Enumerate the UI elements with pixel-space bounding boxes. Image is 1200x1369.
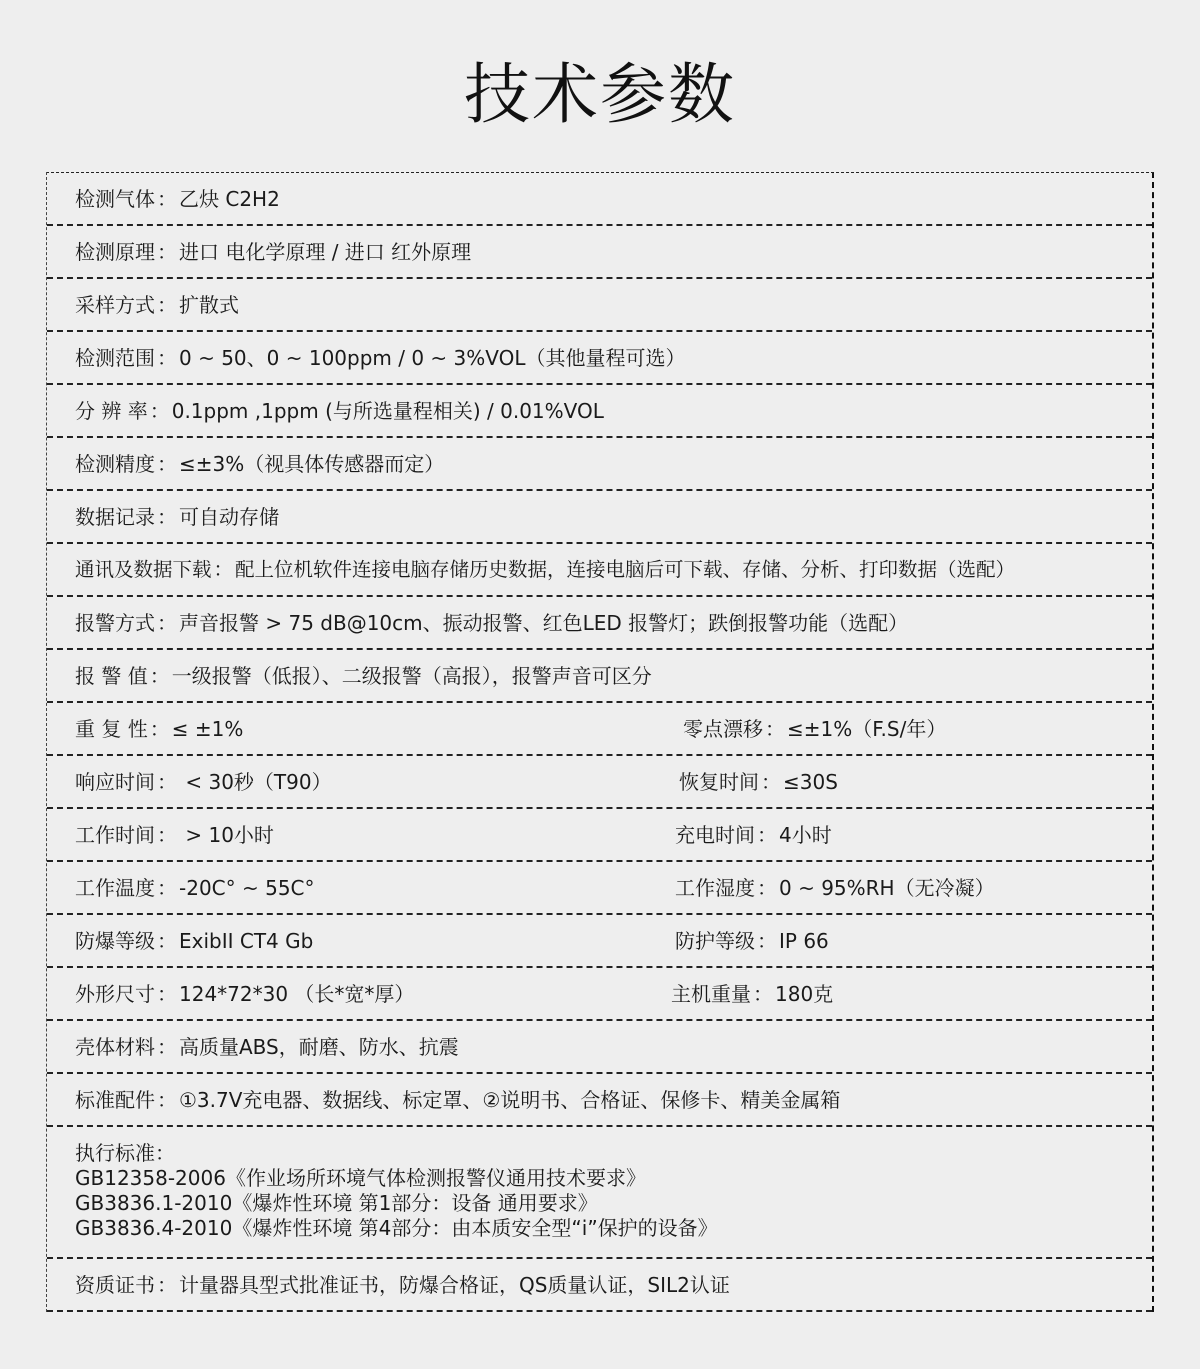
spec-cell: 检测气体：乙炔 C2H2 [75, 187, 280, 211]
standards-block: 执行标准： GB12358-2006《作业场所环境气体检测报警仪通用技术要求》 … [75, 1141, 718, 1241]
spec-cell-right: 主机重量：180克 [671, 982, 833, 1006]
standard-item: GB12358-2006《作业场所环境气体检测报警仪通用技术要求》 [75, 1166, 718, 1191]
spec-cell: 重 复 性：≤ ±1% [75, 717, 243, 741]
spec-cell-right: 防护等级：IP 66 [675, 929, 829, 953]
spec-cell: 数据记录：可自动存储 [75, 505, 279, 529]
standard-item: GB3836.4-2010《爆炸性环境 第4部分：由本质安全型“i”保护的设备》 [75, 1216, 718, 1241]
spec-row-certificates: 资质证书：计量器具型式批准证书，防爆合格证，QS质量认证，SIL2认证 [47, 1259, 1152, 1312]
spec-cell: 工作时间： > 10小时 [75, 823, 274, 847]
spec-cell: 响应时间： < 30秒（T90） [75, 770, 332, 794]
page-title: 技术参数 [0, 52, 1200, 138]
spec-cell: 壳体材料：高质量ABS，耐磨、防水、抗震 [75, 1035, 459, 1059]
spec-row-gas: 检测气体：乙炔 C2H2 [47, 173, 1152, 226]
spec-cell: 防爆等级：ExibII CT4 Gb [75, 929, 313, 953]
spec-cell: 工作温度：-20C° ~ 55C° [75, 876, 315, 900]
spec-row-accuracy: 检测精度：≤±3%（视具体传感器而定） [47, 438, 1152, 491]
spec-row-communication: 通讯及数据下载：配上位机软件连接电脑存储历史数据，连接电脑后可下载、存储、分析、… [47, 544, 1152, 597]
spec-row-repeatability: 重 复 性：≤ ±1% 零点漂移：≤±1%（F.S/年） [47, 703, 1152, 756]
spec-row-housing: 壳体材料：高质量ABS，耐磨、防水、抗震 [47, 1021, 1152, 1074]
spec-row-dimensions: 外形尺寸：124*72*30 （长*宽*厚） 主机重量：180克 [47, 968, 1152, 1021]
spec-cell: 采样方式：扩散式 [75, 293, 239, 317]
spec-cell-right: 恢复时间：≤30S [679, 770, 838, 794]
spec-row-response-time: 响应时间： < 30秒（T90） 恢复时间：≤30S [47, 756, 1152, 809]
spec-table: 检测气体：乙炔 C2H2 检测原理：进口 电化学原理 / 进口 红外原理 采样方… [46, 172, 1154, 1312]
spec-cell: 报警方式：声音报警 > 75 dB@10cm、振动报警、红色LED 报警灯；跌倒… [75, 611, 908, 635]
spec-row-temperature: 工作温度：-20C° ~ 55C° 工作湿度：0 ~ 95%RH（无冷凝） [47, 862, 1152, 915]
spec-cell: 报 警 值：一级报警（低报）、二级报警（高报），报警声音可区分 [75, 664, 652, 688]
spec-row-alarm-mode: 报警方式：声音报警 > 75 dB@10cm、振动报警、红色LED 报警灯；跌倒… [47, 597, 1152, 650]
spec-cell: 检测范围：0 ~ 50、0 ~ 100ppm / 0 ~ 3%VOL（其他量程可… [75, 346, 685, 370]
spec-cell-right: 零点漂移：≤±1%（F.S/年） [683, 717, 946, 741]
standard-item: GB3836.1-2010《爆炸性环境 第1部分：设备 通用要求》 [75, 1191, 718, 1216]
spec-row-principle: 检测原理：进口 电化学原理 / 进口 红外原理 [47, 226, 1152, 279]
spec-cell-right: 充电时间：4小时 [675, 823, 832, 847]
spec-cell: 分 辨 率：0.1ppm ,1ppm (与所选量程相关) / 0.01%VOL [75, 399, 604, 423]
spec-row-standards: 执行标准： GB12358-2006《作业场所环境气体检测报警仪通用技术要求》 … [47, 1127, 1152, 1259]
spec-row-resolution: 分 辨 率：0.1ppm ,1ppm (与所选量程相关) / 0.01%VOL [47, 385, 1152, 438]
standards-label: 执行标准： [75, 1141, 718, 1166]
spec-cell: 外形尺寸：124*72*30 （长*宽*厚） [75, 982, 414, 1006]
spec-cell: 标准配件：①3.7V充电器、数据线、标定罩、②说明书、合格证、保修卡、精美金属箱 [75, 1088, 840, 1112]
spec-cell-right: 工作湿度：0 ~ 95%RH（无冷凝） [675, 876, 995, 900]
spec-row-data-record: 数据记录：可自动存储 [47, 491, 1152, 544]
spec-cell: 资质证书：计量器具型式批准证书，防爆合格证，QS质量认证，SIL2认证 [75, 1273, 730, 1297]
spec-cell: 检测精度：≤±3%（视具体传感器而定） [75, 452, 444, 476]
spec-cell: 检测原理：进口 电化学原理 / 进口 红外原理 [75, 240, 471, 264]
spec-row-range: 检测范围：0 ~ 50、0 ~ 100ppm / 0 ~ 3%VOL（其他量程可… [47, 332, 1152, 385]
spec-row-accessories: 标准配件：①3.7V充电器、数据线、标定罩、②说明书、合格证、保修卡、精美金属箱 [47, 1074, 1152, 1127]
spec-row-sampling: 采样方式：扩散式 [47, 279, 1152, 332]
spec-row-alarm-value: 报 警 值：一级报警（低报）、二级报警（高报），报警声音可区分 [47, 650, 1152, 703]
spec-cell: 通讯及数据下载：配上位机软件连接电脑存储历史数据，连接电脑后可下载、存储、分析、… [75, 558, 1015, 582]
spec-row-working-time: 工作时间： > 10小时 充电时间：4小时 [47, 809, 1152, 862]
spec-row-explosion-proof: 防爆等级：ExibII CT4 Gb 防护等级：IP 66 [47, 915, 1152, 968]
